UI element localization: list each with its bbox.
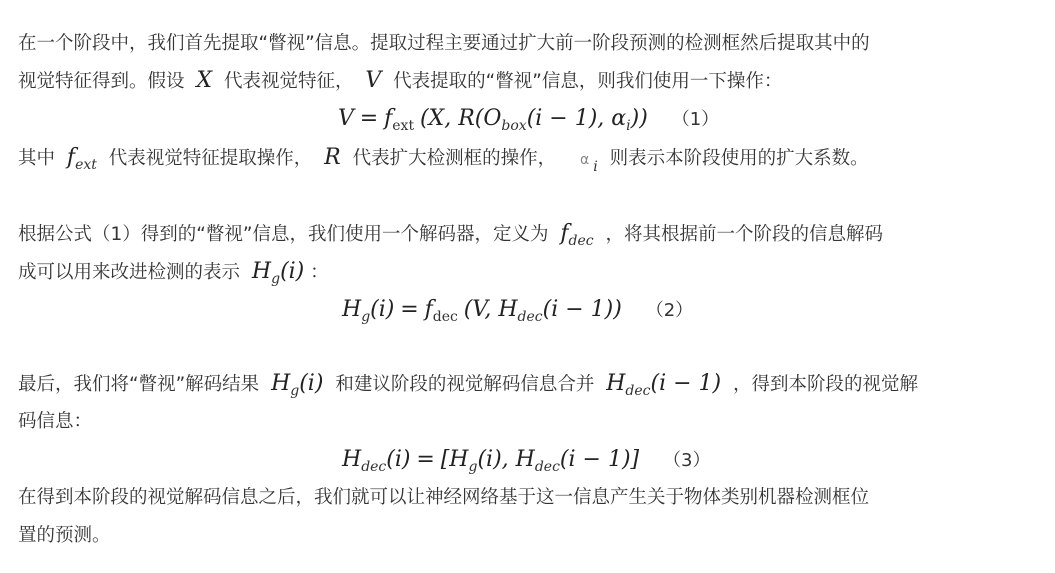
text: 其中 (18, 148, 55, 169)
equation-number: （2） (646, 300, 693, 321)
math-arg: (i) (280, 259, 304, 284)
eq-lhs: H (342, 297, 361, 322)
math-f-ext: f (67, 145, 75, 170)
math-hdec: H (606, 371, 625, 396)
math-sub: g (271, 271, 280, 287)
eq-sign: = (360, 106, 378, 131)
equation-number: （3） (663, 450, 710, 471)
alpha-symbol: α (580, 152, 589, 168)
text: ，将其根据前一个阶段的信息解码 (605, 224, 883, 245)
math-arg: (i − 1) (651, 371, 722, 396)
eq-func-sub: ext (392, 118, 414, 134)
text: 码信息： (18, 411, 92, 432)
p2-line1: 根据公式（1）得到的“瞥视”信息，我们使用一个解码器，定义为 fdec ，将其根… (18, 220, 883, 248)
math-var-r: R (324, 145, 341, 170)
eq-args: (i), H (477, 447, 534, 472)
text: 代表扩大检测框的操作， (353, 148, 557, 169)
text: 在一个阶段中，我们首先提取“瞥视”信息。提取过程主要通过扩大前一阶段预测的检测框… (18, 33, 870, 54)
eq-args: (V, H (464, 297, 518, 322)
p1-line1: 在一个阶段中，我们首先提取“瞥视”信息。提取过程主要通过扩大前一阶段预测的检测框… (18, 30, 870, 58)
math-hg: H (271, 371, 290, 396)
text: 在得到本阶段的视觉解码信息之后，我们就可以让神经网络基于这一信息产生关于物体类别… (18, 487, 869, 508)
p1-line2: 视觉特征得到。假设 X 代表视觉特征， V 代表提取的“瞥视”信息，则我们使用一… (18, 67, 782, 95)
eq-args: (i − 1), α (527, 106, 626, 131)
p3-line5: 置的预测。 (18, 522, 111, 550)
eq-args: [H (441, 447, 469, 472)
text: 视觉特征得到。假设 (18, 71, 185, 92)
eq-sign: = (400, 297, 418, 322)
eq-lhs: V (338, 106, 354, 131)
text: 最后，我们将“瞥视”解码结果 (18, 374, 259, 395)
eq-args: )) (631, 106, 648, 131)
math-sub: dec (569, 233, 594, 249)
eq-lhs: H (342, 447, 361, 472)
math-sub: dec (625, 383, 650, 399)
eq-args: (X, R(O (420, 106, 501, 131)
math-var-v: V (365, 68, 381, 93)
eq-sign: = (416, 447, 434, 472)
text: 成可以用来改进检测的表示 (18, 262, 240, 283)
math-f-dec: f (560, 221, 568, 246)
eq-func: f (425, 297, 433, 322)
p3-line4: 在得到本阶段的视觉解码信息之后，我们就可以让神经网络基于这一信息产生关于物体类别… (18, 484, 869, 512)
math-sub: i (593, 159, 597, 175)
text: 根据公式（1）得到的“瞥视”信息，我们使用一个解码器，定义为 (18, 224, 548, 245)
p2-line2: 成可以用来改进检测的表示 Hg(i) ： (18, 258, 329, 286)
math-var-x: X (196, 68, 212, 93)
eq-sub: dec (518, 309, 543, 325)
equation-number: （1） (672, 109, 719, 130)
text: ，得到本阶段的视觉解 (733, 374, 918, 395)
eq-args: (i − 1)] (560, 447, 639, 472)
equation-2: Hg(i) = fdec (V, Hdec(i − 1)) （2） (342, 295, 693, 325)
eq-lhs-arg: (i) (370, 297, 394, 322)
equation-1: V = fext (X, R(Obox(i − 1), αi)) （1） (338, 104, 719, 134)
text: 置的预测。 (18, 525, 111, 546)
math-sub: ext (75, 157, 97, 173)
eq-args: (i − 1)) (543, 297, 622, 322)
p3-line2: 码信息： (18, 408, 92, 436)
text: ： (310, 262, 329, 283)
text: 和建议阶段的视觉解码信息合并 (335, 374, 594, 395)
eq-sub: g (361, 309, 370, 325)
p1-line4: 其中 fext 代表视觉特征提取操作， R 代表扩大检测框的操作， αi 则表示… (18, 144, 869, 172)
text: 代表视觉特征提取操作， (109, 148, 313, 169)
eq-sub: box (501, 118, 526, 134)
math-hg: H (252, 259, 271, 284)
eq-sub: dec (535, 459, 560, 475)
math-arg: (i) (299, 371, 323, 396)
equation-3: Hdec(i) = [Hg(i), Hdec(i − 1)] （3） (342, 445, 710, 475)
p3-line1: 最后，我们将“瞥视”解码结果 Hg(i) 和建议阶段的视觉解码信息合并 Hdec… (18, 370, 918, 398)
text: 则表示本阶段使用的扩大系数。 (610, 148, 869, 169)
eq-sub: dec (361, 459, 386, 475)
text: 代表提取的“瞥视”信息，则我们使用一下操作： (393, 71, 782, 92)
math-sub: g (290, 383, 299, 399)
text: 代表视觉特征， (224, 71, 354, 92)
eq-func-sub: dec (433, 309, 458, 325)
eq-lhs-arg: (i) (386, 447, 410, 472)
